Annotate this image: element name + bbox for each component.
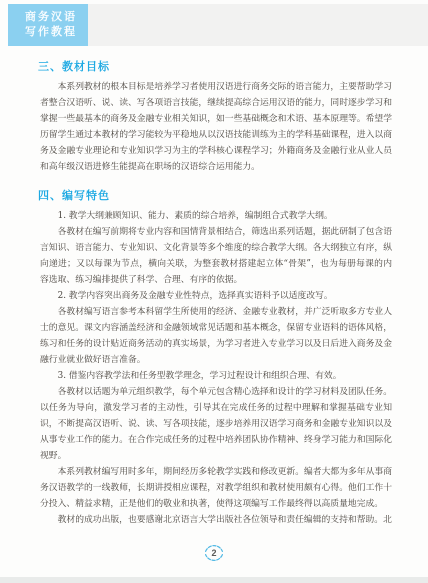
page-bottom-edge [0,577,428,583]
book-title-tab: 商务汉语 写作教程 [8,4,88,46]
paragraph: 教材的成功出版，也要感谢北京语言大学出版社各位领导和责任编辑的支持和帮助。北 [40,512,392,528]
section-heading-goals: 三、教材目标 [38,58,392,74]
page-number: 2 [203,542,225,564]
paragraph: 本系列教材的根本目标是培养学习者使用汉语进行商务交际的语言能力，主要帮助学习者整… [40,79,392,175]
paragraph: 各教材以话题为单元组织教学，每个单元包含精心选择和设计的学习材料及团队任务。以任… [40,384,392,464]
section-heading-features: 四、编写特色 [38,187,392,203]
book-title-line1: 商务汉语 [25,10,77,25]
numbered-item: 2. 教学内容突出商务及金融专业性特点，选择真实语料予以适度改写。 [40,288,392,304]
paragraph: 各教材在编写前期将专业内容和国情背景相结合，筛选出系列话题，据此研制了包含语言知… [40,224,392,288]
page-content: 三、教材目标 本系列教材的根本目标是培养学习者使用汉语进行商务交际的语言能力，主… [40,58,392,528]
document-page: 商务汉语 写作教程 三、教材目标 本系列教材的根本目标是培养学习者使用汉语进行商… [0,0,428,583]
page-header: 商务汉语 写作教程 [0,4,428,46]
paragraph: 本系列教材编写用时多年，期间经历多轮教学实践和修改更新。编者大都为多年从事商务汉… [40,464,392,512]
numbered-item: 3. 借鉴内容教学法和任务型教学理念，学习过程设计和组织合理、有效。 [40,368,392,384]
numbered-item: 1. 教学大纲兼顾知识、能力、素质的综合培养，编制组合式教学大纲。 [40,208,392,224]
header-decorative-band [88,4,428,46]
book-title-line2: 写作教程 [25,25,77,40]
paragraph: 各教材编写语言参考本科留学生所使用的经济、金融专业教材，并广泛听取多方专业人士的… [40,304,392,368]
page-number-badge: 2 [203,542,225,564]
